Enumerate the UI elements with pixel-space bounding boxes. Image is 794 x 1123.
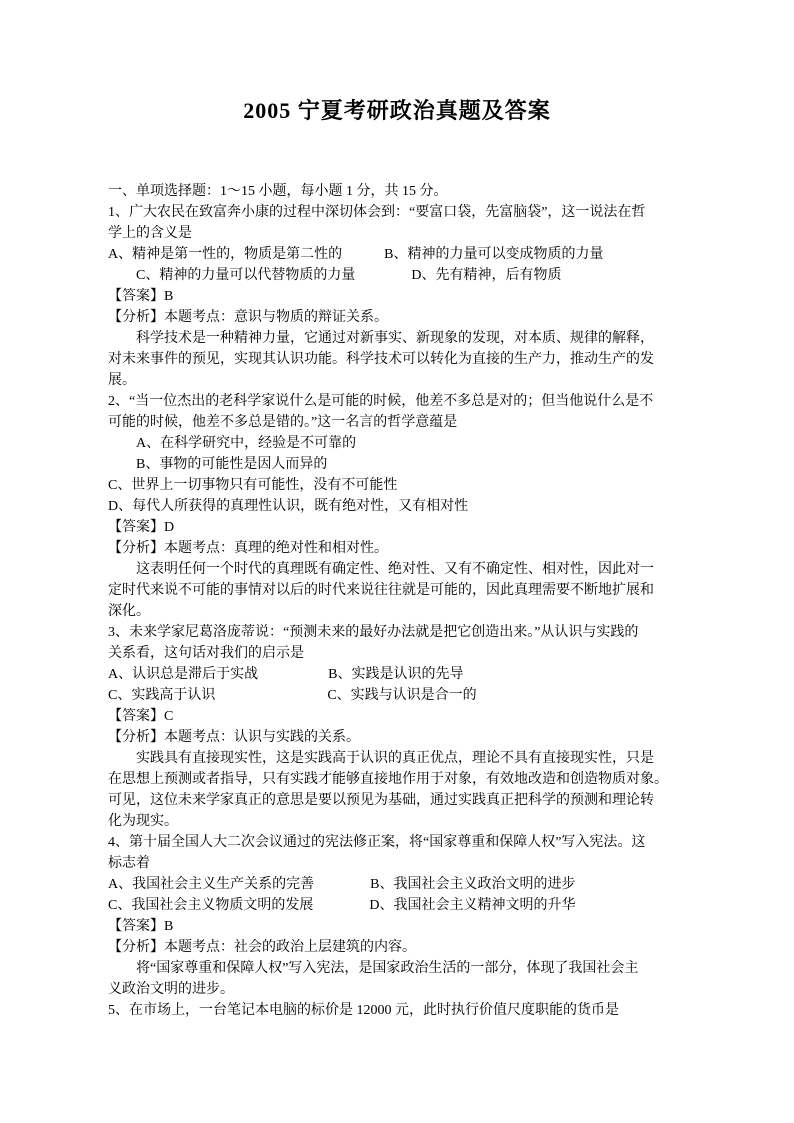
question-option-line: B、事物的可能性是因人而异的 xyxy=(108,454,692,475)
answer-value: B xyxy=(164,919,173,934)
analysis-line: 【分析】本题考点：认识与实践的关系。 xyxy=(108,727,692,748)
answer-line: 【答案】C xyxy=(108,706,692,727)
question-block-2: 2、“当一位杰出的老科学家说什么是可能的时候，他差不多总是对的；但当他说什么是不… xyxy=(108,391,692,622)
question-stem-line: 学上的含义是 xyxy=(108,223,692,244)
question-block-5: 5、在市场上，一台笔记本电脑的标价是 12000 元，此时执行价值尺度职能的货币… xyxy=(108,1000,692,1021)
analysis-line: 将“国家尊重和保障人权”写入宪法，是国家政治生活的一部分，体现了我国社会主 xyxy=(108,958,692,979)
analysis-line: 在思想上预测或者指导，只有实践才能够直接地作用于对象，有效地改造和创造物质对象。 xyxy=(108,769,692,790)
question-stem-line: 关系看，这句话对我们的启示是 xyxy=(108,643,692,664)
document-title: 2005 宁夏考研政治真题及答案 xyxy=(0,96,794,126)
question-option-line: C、实践高于认识 C、实践与认识是合一的 xyxy=(108,685,692,706)
analysis-line: 这表明任何一个时代的真理既有确定性、绝对性、又有不确定性、相对性，因此对一 xyxy=(108,559,692,580)
question-stem-line: 1、广大农民在致富奔小康的过程中深切体会到：“要富口袋，先富脑袋”，这一说法在哲 xyxy=(108,202,692,223)
analysis-line: 对未来事件的预见，实现其认识功能。科学技术可以转化为直接的生产力，推动生产的发 xyxy=(108,349,692,370)
answer-value: C xyxy=(164,709,173,724)
answer-label: 【答案】 xyxy=(108,520,164,535)
question-option-line: C、精神的力量可以代替物质的力量 D、先有精神，后有物质 xyxy=(108,265,692,286)
question-stem-line: 5、在市场上，一台笔记本电脑的标价是 12000 元，此时执行价值尺度职能的货币… xyxy=(108,1000,692,1021)
answer-label: 【答案】 xyxy=(108,709,164,724)
question-stem-line: 3、未来学家尼葛洛庞蒂说：“预测未来的最好办法就是把它创造出来。”从认识与实践的 xyxy=(108,622,692,643)
analysis-line: 【分析】本题考点：意识与物质的辩证关系。 xyxy=(108,307,692,328)
analysis-line: 科学技术是一种精神力量，它通过对新事实、新现象的发现，对本质、规律的解释， xyxy=(108,328,692,349)
question-option-line: D、每代人所获得的真理性认识，既有绝对性，又有相对性 xyxy=(108,496,692,517)
analysis-line: 【分析】本题考点：真理的绝对性和相对性。 xyxy=(108,538,692,559)
document-page: 2005 宁夏考研政治真题及答案 一、单项选择题：1～15 小题，每小题 1 分… xyxy=(0,0,794,1123)
answer-line: 【答案】B xyxy=(108,286,692,307)
question-option-line: A、在科学研究中，经验是不可靠的 xyxy=(108,433,692,454)
analysis-line: 展。 xyxy=(108,370,692,391)
analysis-line: 化为现实。 xyxy=(108,811,692,832)
question-stem-line: 4、第十届全国人大二次会议通过的宪法修正案，将“国家尊重和保障人权”写入宪法。这 xyxy=(108,832,692,853)
question-option-line: A、我国社会主义生产关系的完善 B、我国社会主义政治文明的进步 xyxy=(108,874,692,895)
analysis-line: 【分析】本题考点：社会的政治上层建筑的内容。 xyxy=(108,937,692,958)
question-block-4: 4、第十届全国人大二次会议通过的宪法修正案，将“国家尊重和保障人权”写入宪法。这… xyxy=(108,832,692,1000)
question-block-1: 1、广大农民在致富奔小康的过程中深切体会到：“要富口袋，先富脑袋”，这一说法在哲… xyxy=(108,202,692,391)
question-option-line: A、精神是第一性的，物质是第二性的 B、精神的力量可以变成物质的力量 xyxy=(108,244,692,265)
answer-line: 【答案】D xyxy=(108,517,692,538)
question-option-line: C、世界上一切事物只有可能性，没有不可能性 xyxy=(108,475,692,496)
answer-value: D xyxy=(164,520,174,535)
analysis-line: 实践具有直接现实性，这是实践高于认识的真正优点，理论不具有直接现实性，只是 xyxy=(108,748,692,769)
analysis-line: 定时代来说不可能的事情对以后的时代来说往往就是可能的，因此真理需要不断地扩展和 xyxy=(108,580,692,601)
analysis-line: 深化。 xyxy=(108,601,692,622)
document-body: 一、单项选择题：1～15 小题，每小题 1 分，共 15 分。 1、广大农民在致… xyxy=(108,181,692,1021)
answer-value: B xyxy=(164,289,173,304)
section-header: 一、单项选择题：1～15 小题，每小题 1 分，共 15 分。 xyxy=(108,181,692,202)
answer-label: 【答案】 xyxy=(108,289,164,304)
question-stem-line: 标志着 xyxy=(108,853,692,874)
analysis-line: 可见，这位未来学家真正的意思是要以预见为基础，通过实践真正把科学的预测和理论转 xyxy=(108,790,692,811)
question-stem-line: 2、“当一位杰出的老科学家说什么是可能的时候，他差不多总是对的；但当他说什么是不 xyxy=(108,391,692,412)
question-option-line: A、认识总是滞后于实战 B、实践是认识的先导 xyxy=(108,664,692,685)
question-stem-line: 可能的时候，他差不多总是错的。”这一名言的哲学意蕴是 xyxy=(108,412,692,433)
question-block-3: 3、未来学家尼葛洛庞蒂说：“预测未来的最好办法就是把它创造出来。”从认识与实践的… xyxy=(108,622,692,832)
answer-label: 【答案】 xyxy=(108,919,164,934)
answer-line: 【答案】B xyxy=(108,916,692,937)
analysis-line: 义政治文明的进步。 xyxy=(108,979,692,1000)
question-option-line: C、我国社会主义物质文明的发展 D、我国社会主义精神文明的升华 xyxy=(108,895,692,916)
